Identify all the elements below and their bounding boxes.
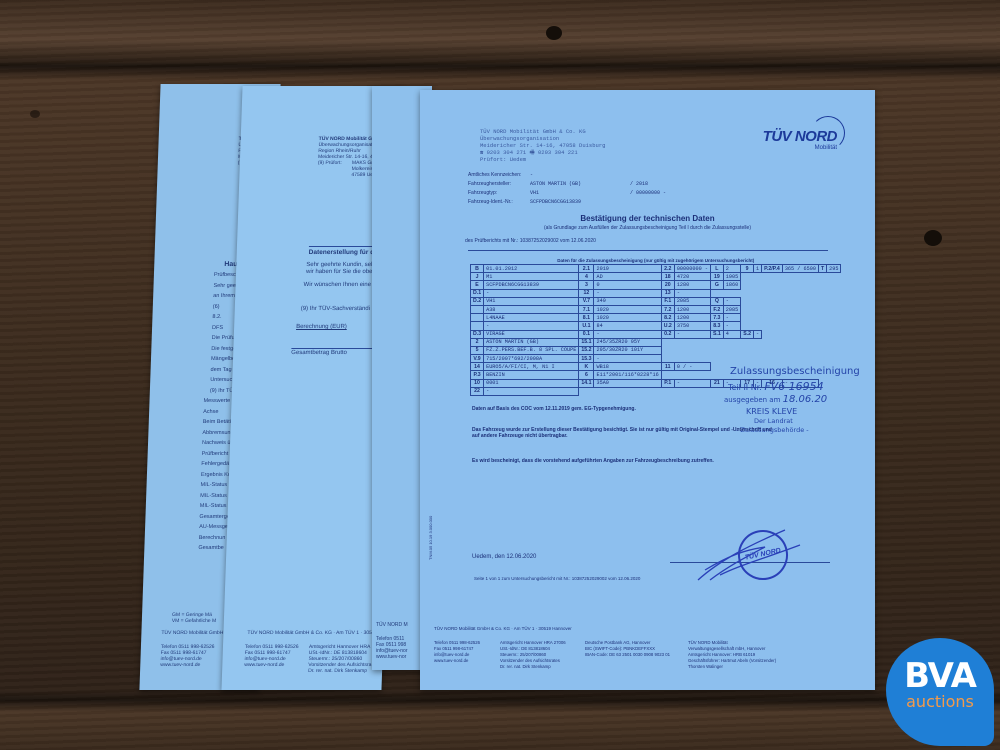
wood-knot bbox=[30, 110, 40, 118]
vehicle-field: / 2018 bbox=[630, 181, 648, 187]
vehicle-field: Amtliches Kennzeichen: bbox=[468, 172, 521, 178]
sheet2-line: Gesamtbetrag Brutto bbox=[291, 350, 347, 357]
footer-line: Thorsten Walinger bbox=[688, 664, 723, 669]
document-subtitle: (als Grundlage zum Ausfüllen der Zulassu… bbox=[420, 225, 875, 231]
footer-line: IBAN-Code: DE 63 2501 0030 0908 9023 01 bbox=[585, 652, 670, 657]
front-document: TÜV NORD Mobilität GmbH & Co. KG Überwac… bbox=[420, 90, 875, 690]
sheet2-line: Wir wünschen Ihnen eine bbox=[303, 282, 371, 289]
footer-line: Geschäftsführer: Hartmut Abeln (Vorsitze… bbox=[688, 658, 776, 663]
footer-line: USt.-IdNr.: DE 813818604 bbox=[500, 646, 550, 651]
table-row: V.9715/2007*692/2008A15.3- bbox=[471, 355, 841, 363]
org-address: TÜV NORD Mobilität GmbH & Co. KG Überwac… bbox=[480, 128, 605, 163]
sheet1-line: Achse bbox=[203, 409, 219, 416]
footer-line: Verwaltungsgesellschaft mbH, Hannover bbox=[688, 646, 765, 651]
footer-line: BIC (SWIFT-Code): PBNKDEFFXXX bbox=[585, 646, 655, 651]
vehicle-field: - bbox=[530, 172, 533, 178]
sheet1-line: Beim Betätig bbox=[203, 419, 234, 426]
vehicle-field: Fahrzeughersteller: bbox=[468, 181, 511, 187]
sheet2-line: (9) Ihr TÜV-Sachverständi bbox=[301, 306, 370, 313]
sheet2-line: Sehr geehrte Kundin, sehr bbox=[306, 262, 376, 269]
sheet1-line: Die Prüfu bbox=[212, 335, 235, 342]
sheet2-footer: TÜV NORD Mobilität GmbH & Co. KG · Am TÜ… bbox=[247, 630, 377, 637]
footer-line: Deutsche Postbank AG, Hannover bbox=[585, 640, 650, 645]
sheet3-footer: www.tuev-nor bbox=[376, 654, 406, 661]
footer-line: Fax 0511 998-61747 bbox=[434, 646, 473, 651]
sheet1-footnote: VM = Gefahrliche M bbox=[172, 618, 217, 625]
sheet1-line: Fehlergedä bbox=[201, 461, 229, 468]
coc-note: Daten auf Basis des COC vom 12.11.2019 g… bbox=[472, 406, 636, 412]
table-row: ESCFPDBCN6CGG1383930201280G1860 bbox=[471, 281, 841, 289]
sheet1-line: Berechnun bbox=[199, 535, 226, 542]
sheet1-line: 8.2. bbox=[212, 314, 221, 321]
sheet1-line: Abbremsung bbox=[202, 430, 233, 437]
bva-logo-sub: auctions bbox=[886, 694, 994, 710]
issued-date: ausgegeben am 18.06.20 bbox=[724, 394, 827, 405]
teil2-number: Teil II Nr. FV6 16954 bbox=[728, 380, 824, 393]
table-row: D.3VIRAGE0.1-0.2-S.14S.2- bbox=[471, 330, 841, 338]
footer-line: Amtsgericht Hannover: HRB 61019 bbox=[688, 652, 755, 657]
footer-line: Steuernr.: 25/207/00860 bbox=[500, 652, 546, 657]
footer-line: Vorsitzender des Aufsichtsrates bbox=[500, 658, 560, 663]
certification-text: Es wird bescheinigt, dass die vorstehend… bbox=[472, 458, 714, 464]
inspection-note: Das Fahrzeug wurde zur Erstellung dieser… bbox=[472, 427, 772, 439]
table-row: 5FZ.Z.PERS.BEF.B. 8 SPL. COUPE15.2295/30… bbox=[471, 346, 841, 354]
sheet2-footer: www.tuev-nord.de bbox=[244, 662, 284, 669]
place-date: Uedem, den 12.06.2020 bbox=[472, 554, 536, 560]
sheet1-footer: TÜV NORD Mobilität GmbH bbox=[161, 630, 223, 637]
vehicle-field: SCFPDBCN6CGG13839 bbox=[530, 199, 581, 205]
sheet1-line: MIL-Status bbox=[200, 503, 227, 510]
sheet3-footer: TÜV NORD M bbox=[376, 622, 408, 629]
vehicle-field: / 00000000 - bbox=[630, 190, 666, 196]
document-title: Bestätigung der technischen Daten bbox=[420, 214, 875, 223]
sheet1-line: (6) bbox=[213, 304, 220, 311]
footer-line: info@tuev-nord.de bbox=[434, 652, 469, 657]
bva-logo-text: BVA bbox=[886, 658, 994, 694]
table-row: B01.01.20122.120192.200000000 -L291P.2/P… bbox=[471, 265, 841, 273]
sheet1-line: Messwerte bbox=[203, 398, 230, 405]
sheet2-header: (9) Prüfort: bbox=[318, 160, 342, 167]
table-row: 2ASTON MARTIN (GB)15.1245/35ZR20 95Y bbox=[471, 338, 841, 346]
wood-knot bbox=[546, 26, 562, 40]
footer-line: Amtsgericht Hannover HRA 27006 bbox=[500, 640, 566, 645]
footer-line: www.tuev-nord.de bbox=[434, 658, 468, 663]
table-row: D.1-12-13- bbox=[471, 289, 841, 297]
table-row: -U.184U.237508.3- bbox=[471, 322, 841, 330]
form-id: TNM.05 10.19 3.000.000 bbox=[428, 516, 433, 560]
footer-company: TÜV NORD Mobilität GmbH & Co. KG · Am TÜ… bbox=[434, 626, 572, 631]
footer-line: TÜV NORD Mobilität bbox=[688, 640, 728, 645]
vehicle-field: VH1 bbox=[530, 190, 539, 196]
footer-line: Telefon 0511 998-62526 bbox=[434, 640, 480, 645]
sheet1-footer: www.tuev-nord.de bbox=[160, 662, 200, 669]
vehicle-field: Fahrzeugtyp: bbox=[468, 190, 497, 196]
sheet1-line: Prüfbericht bbox=[202, 451, 229, 458]
table-row: L4NAAE8.110208.212007.3- bbox=[471, 314, 841, 322]
sheet1-line: DFS bbox=[212, 325, 223, 332]
table-row: A387.110207.21200F.22085 bbox=[471, 305, 841, 313]
footer-line: Dr. rer. nat. Dirk Stenkamp bbox=[500, 664, 551, 669]
vehicle-field: ASTON MARTIN (GB) bbox=[530, 181, 581, 187]
wood-knot bbox=[924, 230, 942, 246]
sheet1-line: MIL-Status bbox=[200, 493, 227, 500]
tuv-nord-logo: TÜV NORD Mobilität bbox=[763, 128, 837, 151]
sheet2-footer: Dr. rer. nat. Dirk Stenkamp bbox=[308, 668, 367, 675]
vehicle-field: Fahrzeug-Ident.-Nr.: bbox=[468, 199, 513, 205]
table-row: D.2VH1V.7349F.12085Q- bbox=[471, 297, 841, 305]
authority-name: KREIS KLEVE bbox=[746, 407, 797, 416]
sheet2-line: wir haben für Sie die oben bbox=[306, 269, 376, 276]
sheet1-line: Gesamtbe bbox=[198, 545, 224, 552]
authority-sub: Der Landrat bbox=[754, 417, 793, 425]
bva-auctions-watermark: BVA auctions bbox=[886, 638, 994, 746]
table-row: JM14AD184720191905 bbox=[471, 273, 841, 281]
sheet2-line: Berechnung (EUR) bbox=[296, 324, 347, 331]
sheet1-line: Mängelbe bbox=[211, 356, 235, 363]
sheet1-line: MIL-Status bbox=[200, 482, 227, 489]
page-reference: Seite 1 von 1 zum Untersuchungsbericht m… bbox=[474, 576, 640, 581]
zulassung-stamp: Zulassungsbescheinigung bbox=[730, 366, 860, 377]
report-reference: des Prüfberichts mit Nr.: 10387252029002… bbox=[465, 238, 596, 244]
